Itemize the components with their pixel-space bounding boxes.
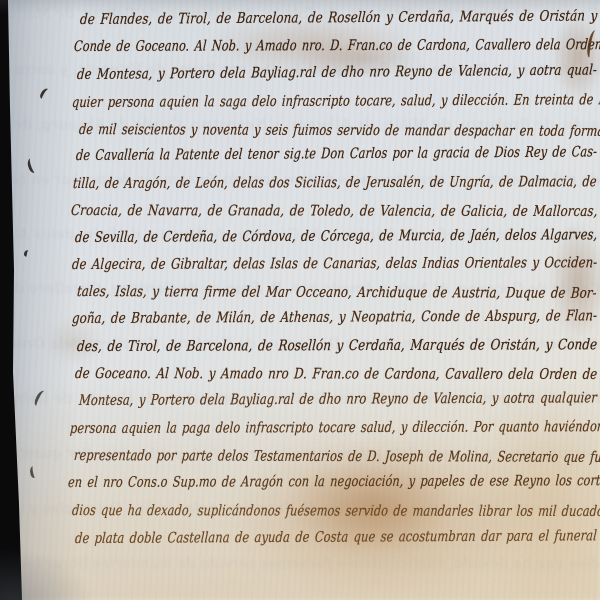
manuscript-line: Montesa, y Portero dela Bayliag.ral de d… bbox=[79, 391, 598, 408]
manuscript-line: de Goceano. Al Nob. y Amado nro D. Fran.… bbox=[74, 367, 597, 382]
manuscript-line: tilla, de Aragón, de León, delas dos Sic… bbox=[73, 175, 598, 191]
manuscript-line: de Sevilla, de Cerdeña, de Córdova, de C… bbox=[75, 228, 598, 245]
manuscript-line: Croacia, de Navarra, de Granada, de Tole… bbox=[70, 204, 598, 219]
manuscript-line: Conde de Goceano. Al Nob. y Amado nro. D… bbox=[74, 38, 600, 54]
manuscript-line: de Cavallería la Patente del tenor sig.t… bbox=[76, 145, 598, 163]
manuscript-line: tales, Islas, y tierra firme del Mar Occ… bbox=[76, 285, 597, 301]
manuscript-line: de plata doble Castellana de ayuda de Co… bbox=[75, 529, 598, 546]
manuscript-text: goña, de Brabante, de Milán, de Athenas,… bbox=[0, 0, 600, 600]
manuscript-line: de Montesa, y Portero dela Bayliag.ral d… bbox=[77, 63, 598, 82]
top-edge-shadow bbox=[0, 0, 600, 14]
manuscript-line: representado por parte delos Testamentar… bbox=[73, 449, 600, 465]
manuscript-line: goña, de Brabante, de Milán, de Athenas,… bbox=[72, 309, 598, 326]
manuscript-line: dios que ha dexado, suplicándonos fuésem… bbox=[71, 504, 600, 519]
manuscript-photo: Croacia, de Navarra, de Granada, de Tole… bbox=[0, 0, 600, 600]
manuscript-line: des, de Tirol, de Barcelona, de Rosellón… bbox=[77, 338, 598, 354]
bottom-left-corner-shadow bbox=[0, 548, 95, 600]
manuscript-line: quier persona aquien la saga delo infras… bbox=[72, 93, 600, 110]
manuscript-line: de Algecira, de Gibraltar, delas Islas d… bbox=[72, 256, 598, 272]
manuscript-line: de mil seiscientos y noventa y seis fuim… bbox=[78, 123, 600, 139]
manuscript-line: persona aquien la paga delo infrascripto… bbox=[70, 420, 600, 436]
manuscript-line: en el nro Cons.o Sup.mo de Aragón con la… bbox=[68, 474, 600, 491]
